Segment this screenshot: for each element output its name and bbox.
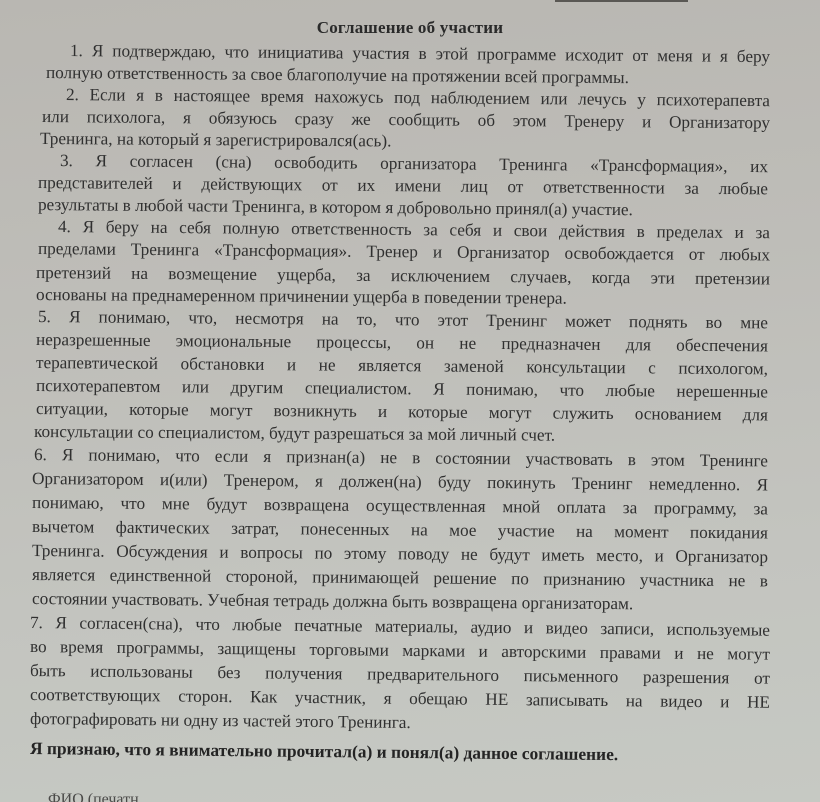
- paragraph-line: вычетом фактических затрат, понесенных н…: [32, 516, 768, 543]
- paragraph-line: фотографировать ни одну из частей этого …: [30, 708, 450, 733]
- agreement-document: Соглашение об участии 1. Я подтверждаю, …: [0, 0, 820, 802]
- acknowledgement-statement: Я признаю, что я внимательно прочитал(а)…: [30, 738, 694, 766]
- fio-field-label: ФИО (печатн: [48, 789, 139, 802]
- paragraph-line: Тренинга. Обсуждения и вопросы по этому …: [32, 540, 768, 567]
- paragraph-line: основаны на преднамеренном причинении ущ…: [36, 284, 602, 309]
- document-title: Соглашение об участии: [0, 18, 820, 38]
- paragraph-line: является единственной стороной, принимаю…: [32, 564, 768, 591]
- paragraph-line: Тренинга, на который я зарегистрировался…: [40, 128, 440, 152]
- paragraph-line: состоянии участвовать. Учебная тетрадь д…: [32, 588, 712, 615]
- paragraph-line: Организатором и(или) Тренером, я должен(…: [32, 468, 768, 495]
- paragraph-line: консультации со специалистом, будут разр…: [34, 421, 604, 446]
- paragraph-line: понимаю, что мне будут возвращена осущес…: [32, 492, 768, 519]
- paragraph-line: 6. Я понимаю, что если я признан(а) не в…: [34, 444, 768, 471]
